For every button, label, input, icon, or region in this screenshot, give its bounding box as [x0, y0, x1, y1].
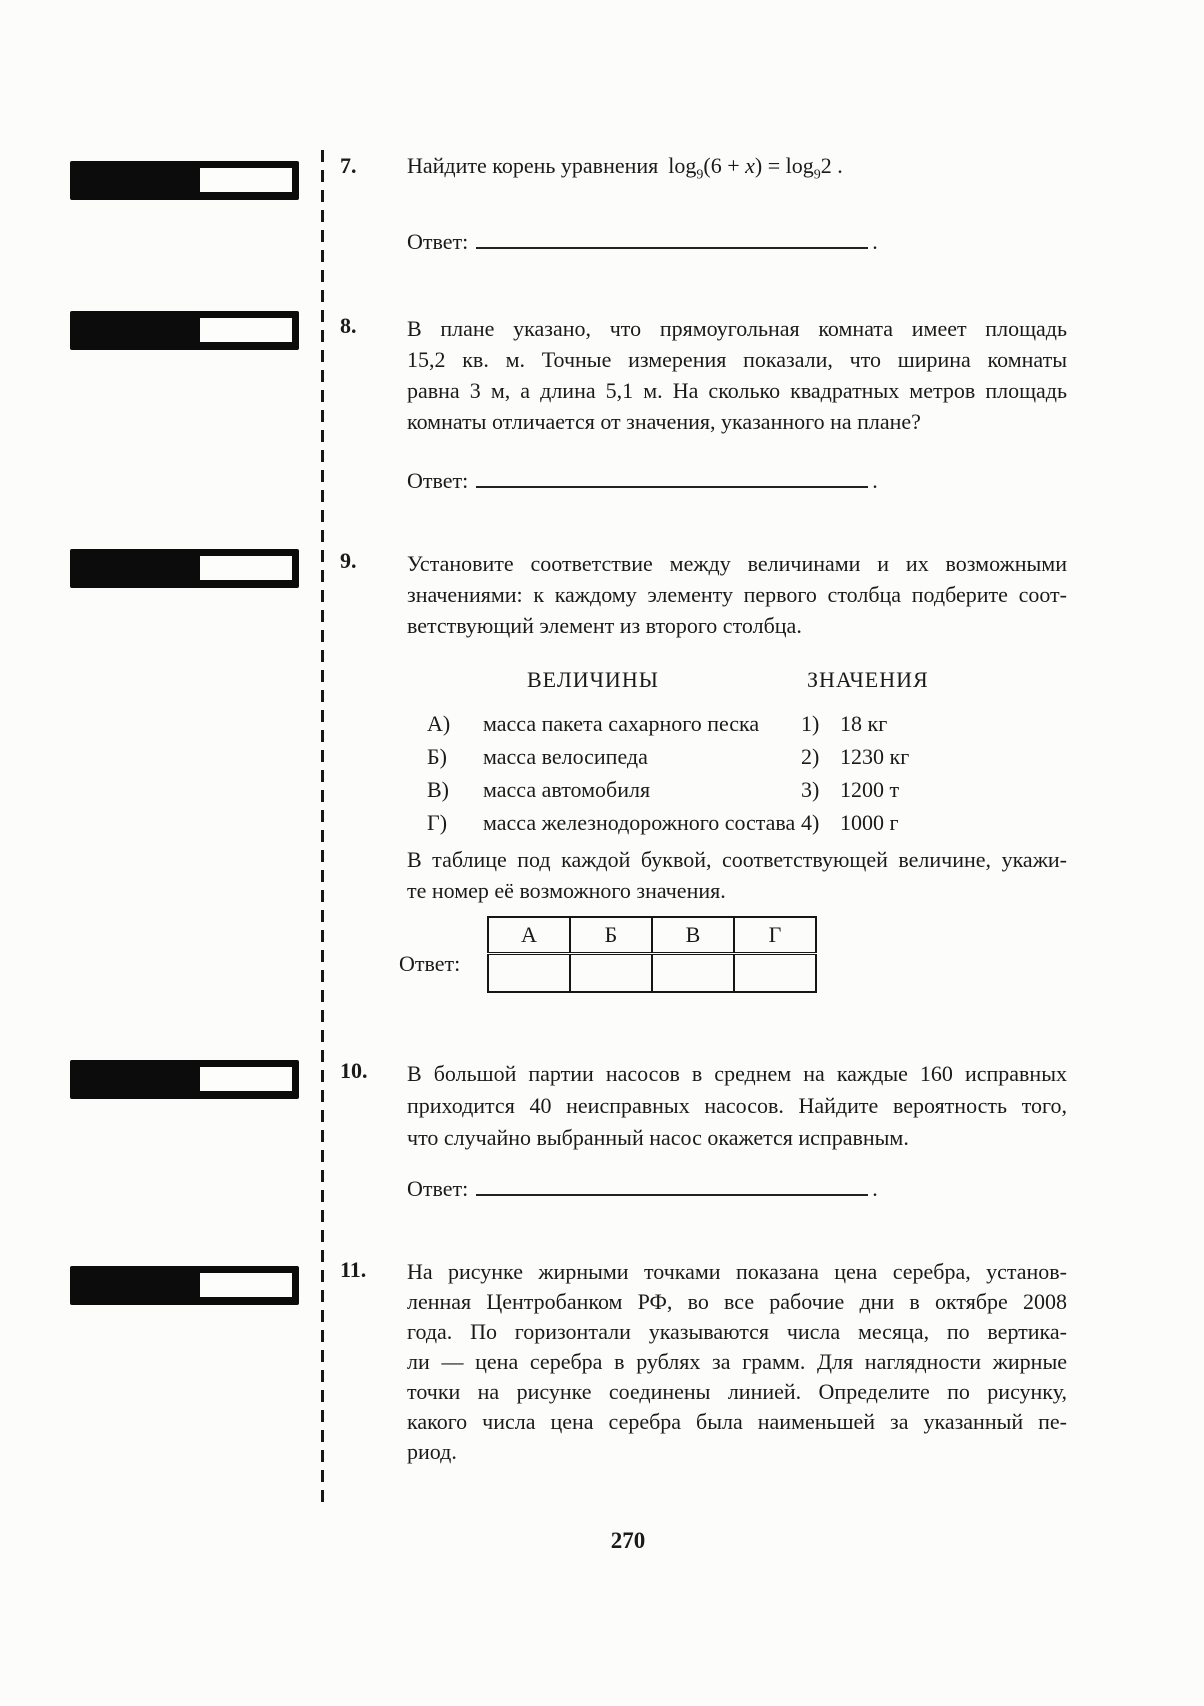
answer-table-value-cell — [488, 954, 570, 993]
margin-score-box — [70, 161, 299, 200]
margin-score-box — [70, 549, 299, 588]
log-equation: log9(6 + x) = log92 . — [668, 153, 843, 178]
match-quantity: масса велосипеда — [483, 744, 648, 770]
text-line: ленная Центробанком РФ, во все рабочие д… — [407, 1287, 1067, 1317]
match-letter: Г) — [427, 810, 447, 836]
match-list: А) масса пакета сахарного песка 1) 18 кг… — [427, 711, 1072, 843]
match-right-header: ЗНАЧЕНИЯ — [807, 667, 929, 693]
match-value: 1230 кг — [840, 744, 909, 770]
answer-period: . — [872, 468, 878, 493]
text-line: 15,2 кв. м. Точные измерения показали, ч… — [407, 344, 1067, 375]
problem-8-text: В плане указано, что прямоугольная комна… — [407, 313, 1067, 437]
match-left-header: ВЕЛИЧИНЫ — [527, 667, 659, 693]
answer-row: Ответ:. — [407, 466, 1067, 494]
answer-row: Ответ:. — [407, 227, 1067, 255]
margin-score-box — [70, 1060, 299, 1099]
match-value: 18 кг — [840, 711, 887, 737]
text-line: В таблице под каждой буквой, соответству… — [407, 844, 1067, 875]
equation-part: . — [832, 153, 843, 178]
text-line: ветствующий элемент из второго столбца. — [407, 610, 1067, 641]
equation-base: 9 — [814, 167, 821, 182]
text-line: приходится 40 неисправных насосов. Найди… — [407, 1090, 1067, 1122]
answer-table-header-cell: В — [652, 917, 734, 954]
answer-table: А Б В Г — [487, 916, 817, 993]
score-window — [200, 556, 292, 580]
equation-part: 2 — [821, 153, 832, 178]
score-window — [200, 318, 292, 342]
text-line: какого числа цена серебра была наименьше… — [407, 1407, 1067, 1437]
answer-label: Ответ: — [399, 951, 460, 977]
match-letter: А) — [427, 711, 450, 737]
text-line: В плане указано, что прямоугольная комна… — [407, 313, 1067, 344]
answer-table-value-cell — [570, 954, 652, 993]
text-line: На рисунке жирными точками показана цена… — [407, 1257, 1067, 1287]
text-line: риод. — [407, 1437, 1067, 1467]
dashed-margin-divider — [321, 150, 324, 1504]
answer-table-header-cell: А — [488, 917, 570, 954]
problem-9-number: 9. — [340, 548, 398, 574]
answer-table-value-cell — [652, 954, 734, 993]
match-row: А) масса пакета сахарного песка 1) 18 кг — [427, 711, 1072, 744]
answer-row: Ответ:. — [407, 1174, 1067, 1202]
answer-label: Ответ: — [407, 1176, 468, 1201]
problem-9-text: Установите соответствие между величинами… — [407, 548, 1067, 641]
text-line: В большой партии насосов в среднем на ка… — [407, 1058, 1067, 1090]
answer-table-header-row: А Б В Г — [488, 917, 816, 954]
text-line: равна 3 м, а длина 5,1 м. На сколько ква… — [407, 375, 1067, 406]
page-number: 270 — [588, 1528, 668, 1554]
match-number: 2) — [801, 744, 819, 770]
score-window — [200, 1067, 292, 1091]
answer-label: Ответ: — [407, 468, 468, 493]
problem-8-number: 8. — [340, 313, 398, 339]
text-line: те номер её возможного значения. — [407, 875, 1067, 906]
answer-blank-line — [476, 466, 868, 488]
score-window — [200, 168, 292, 192]
match-row: Б) масса велосипеда 2) 1230 кг — [427, 744, 1072, 777]
score-window — [200, 1273, 292, 1297]
answer-blank-line — [476, 227, 868, 249]
text-line: Установите соответствие между величинами… — [407, 548, 1067, 579]
match-number: 4) — [801, 810, 819, 836]
margin-score-box — [70, 311, 299, 350]
match-value: 1000 г — [840, 810, 899, 836]
problem-11-number: 11. — [340, 1257, 398, 1283]
equation-part: (6 + — [703, 153, 745, 178]
problem-7-number: 7. — [340, 153, 398, 179]
problem-7-text: Найдите корень уравненияlog9(6 + x) = lo… — [407, 153, 1067, 183]
answer-table-header-cell: Г — [734, 917, 816, 954]
problem-10-number: 10. — [340, 1058, 398, 1084]
match-quantity: масса автомобиля — [483, 777, 650, 803]
match-quantity: масса железнодорожного состава — [483, 810, 795, 836]
equation-variable: x — [745, 153, 755, 178]
answer-table-header-cell: Б — [570, 917, 652, 954]
text-line: точки на рисунке соединены линией. Опред… — [407, 1377, 1067, 1407]
text-line: ли — цена серебра в рублях за грамм. Для… — [407, 1347, 1067, 1377]
problem-10-text: В большой партии насосов в среднем на ка… — [407, 1058, 1067, 1154]
problem-9-note: В таблице под каждой буквой, соответству… — [407, 844, 1067, 906]
match-row: В) масса автомобиля 3) 1200 т — [427, 777, 1072, 810]
answer-table-value-row — [488, 954, 816, 993]
match-number: 1) — [801, 711, 819, 737]
text-line: значениями: к каждому элементу первого с… — [407, 579, 1067, 610]
answer-blank-line — [476, 1174, 868, 1196]
match-number: 3) — [801, 777, 819, 803]
text-line: комнаты отличается от значения, указанно… — [407, 406, 1067, 437]
answer-period: . — [872, 1176, 878, 1201]
problem-7-intro: Найдите корень уравнения — [407, 153, 658, 178]
scanned-textbook-page: 7. Найдите корень уравненияlog9(6 + x) =… — [0, 0, 1204, 1706]
text-line: что случайно выбранный насос окажется ис… — [407, 1122, 1067, 1154]
match-value: 1200 т — [840, 777, 899, 803]
margin-score-box — [70, 1266, 299, 1305]
equation-part: log — [786, 153, 814, 178]
match-row: Г) масса железнодорожного состава 4) 100… — [427, 810, 1072, 843]
text-line: года. По горизонтали указываются числа м… — [407, 1317, 1067, 1347]
answer-period: . — [872, 229, 878, 254]
match-quantity: масса пакета сахарного песка — [483, 711, 759, 737]
match-letter: В) — [427, 777, 449, 803]
match-letter: Б) — [427, 744, 447, 770]
equation-part: = — [762, 153, 785, 178]
equation-part: log — [668, 153, 696, 178]
answer-table-value-cell — [734, 954, 816, 993]
problem-11-text: На рисунке жирными точками показана цена… — [407, 1257, 1067, 1467]
answer-label: Ответ: — [407, 229, 468, 254]
